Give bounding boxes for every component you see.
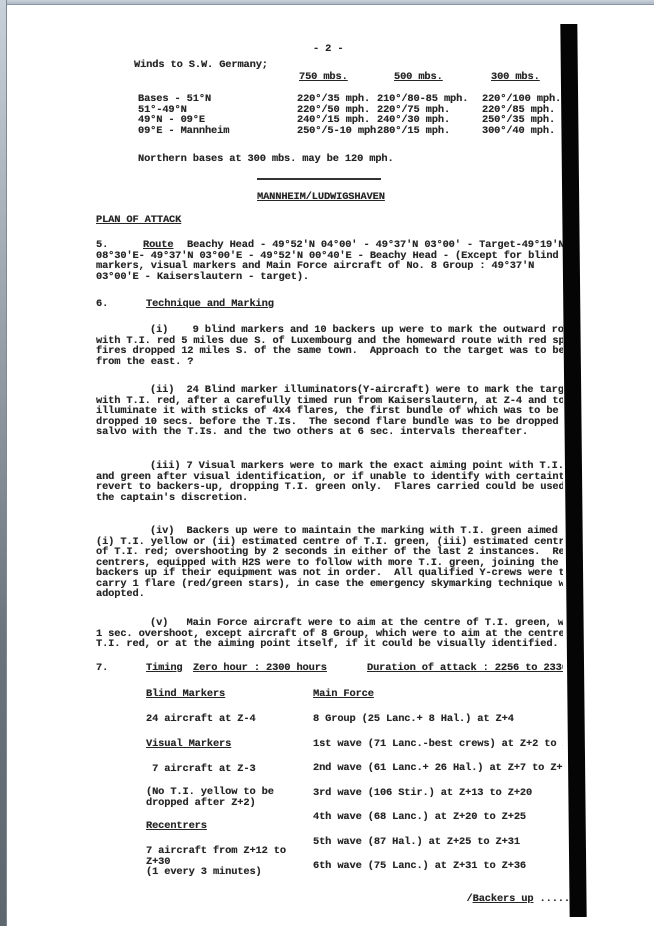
plan-heading: PLAN OF ATTACK	[96, 214, 181, 226]
winds-label: Winds to S.W. Germany;	[134, 59, 268, 71]
paragraph-i-line: from the east. ?	[96, 356, 563, 368]
route-line: 03°00'E - Kaiserslautern - target).	[96, 271, 563, 283]
main-force-heading: Main Force	[313, 688, 374, 700]
target-heading: MANNHEIM/LUDWIGSHAVEN	[257, 191, 385, 203]
page-number: - 2 -	[313, 43, 343, 55]
timing-detail-line: dropped after Z+2)	[146, 797, 256, 809]
winds-col-300: 300 mbs.	[491, 71, 540, 83]
document-page: - 2 - Winds to S.W. Germany; 750 mbs. 50…	[7, 5, 654, 926]
winds-row-750: 250°/5-10 mph.	[297, 125, 382, 137]
paragraph-iii-line: the captain's discretion.	[96, 492, 563, 504]
main-force-wave: 8 Group (25 Lanc.+ 8 Hal.) at Z+4	[313, 713, 563, 725]
main-force-wave: 4th wave (68 Lanc.) at Z+20 to Z+25	[313, 811, 563, 823]
timing-detail-line: (1 every 3 minutes)	[146, 866, 262, 878]
catchword-dots: .....	[533, 893, 570, 905]
timing-subheading: Recentrers	[146, 820, 207, 832]
continuation-text: /Backers up .....	[467, 893, 570, 905]
timing-detail-line: 24 aircraft at Z-4	[146, 713, 256, 725]
divider-rule	[257, 178, 381, 180]
catchword-label: Backers up	[473, 893, 534, 905]
winds-col-500: 500 mbs.	[394, 71, 443, 83]
section6-heading: Technique and Marking	[146, 298, 274, 310]
paragraph-iv-line: adopted.	[96, 588, 563, 600]
timing-detail-line: 7 aircraft at Z-3	[146, 763, 256, 775]
winds-row-place: 09°E - Mannheim	[138, 125, 229, 137]
winds-row-300: 300°/40 mph.	[482, 125, 555, 137]
section7-zero-hour: Zero hour : 2300 hours	[193, 662, 327, 674]
timing-subheading: Blind Markers	[146, 688, 225, 700]
winds-col-750: 750 mbs.	[299, 71, 348, 83]
winds-row-500: 280°/15 mph.	[377, 125, 450, 137]
winds-note: Northern bases at 300 mbs. may be 120 mp…	[138, 153, 394, 165]
continuation-catchword: /Backers up .....	[430, 881, 570, 917]
section7-timing-label: Timing	[146, 662, 183, 674]
main-force-wave: 6th wave (75 Lanc.) at Z+31 to Z+36	[313, 860, 563, 872]
main-force-wave: 1st wave (71 Lanc.-best crews) at Z+2 to…	[313, 738, 563, 750]
section7-number: 7.	[96, 662, 108, 674]
timing-subheading: Visual Markers	[146, 738, 231, 750]
main-force-wave: 3rd wave (106 Stir.) at Z+13 to Z+20	[313, 787, 563, 799]
window-frame-left	[0, 0, 7, 926]
main-force-wave: 2nd wave (61 Lanc.+ 26 Hal.) at Z+7 to Z…	[313, 762, 563, 774]
section7-duration: Duration of attack : 2256 to 2336 hours	[367, 662, 563, 674]
paragraph-v-line: T.I. red, or at the aiming point itself,…	[96, 638, 563, 650]
document-body: - 2 - Winds to S.W. Germany; 750 mbs. 50…	[7, 5, 654, 926]
main-force-wave: 5th wave (87 Hal.) at Z+25 to Z+31	[313, 836, 563, 848]
paragraph-ii-line: salvo with the T.Is. and the two others …	[96, 426, 563, 438]
section6-number: 6.	[96, 298, 108, 310]
